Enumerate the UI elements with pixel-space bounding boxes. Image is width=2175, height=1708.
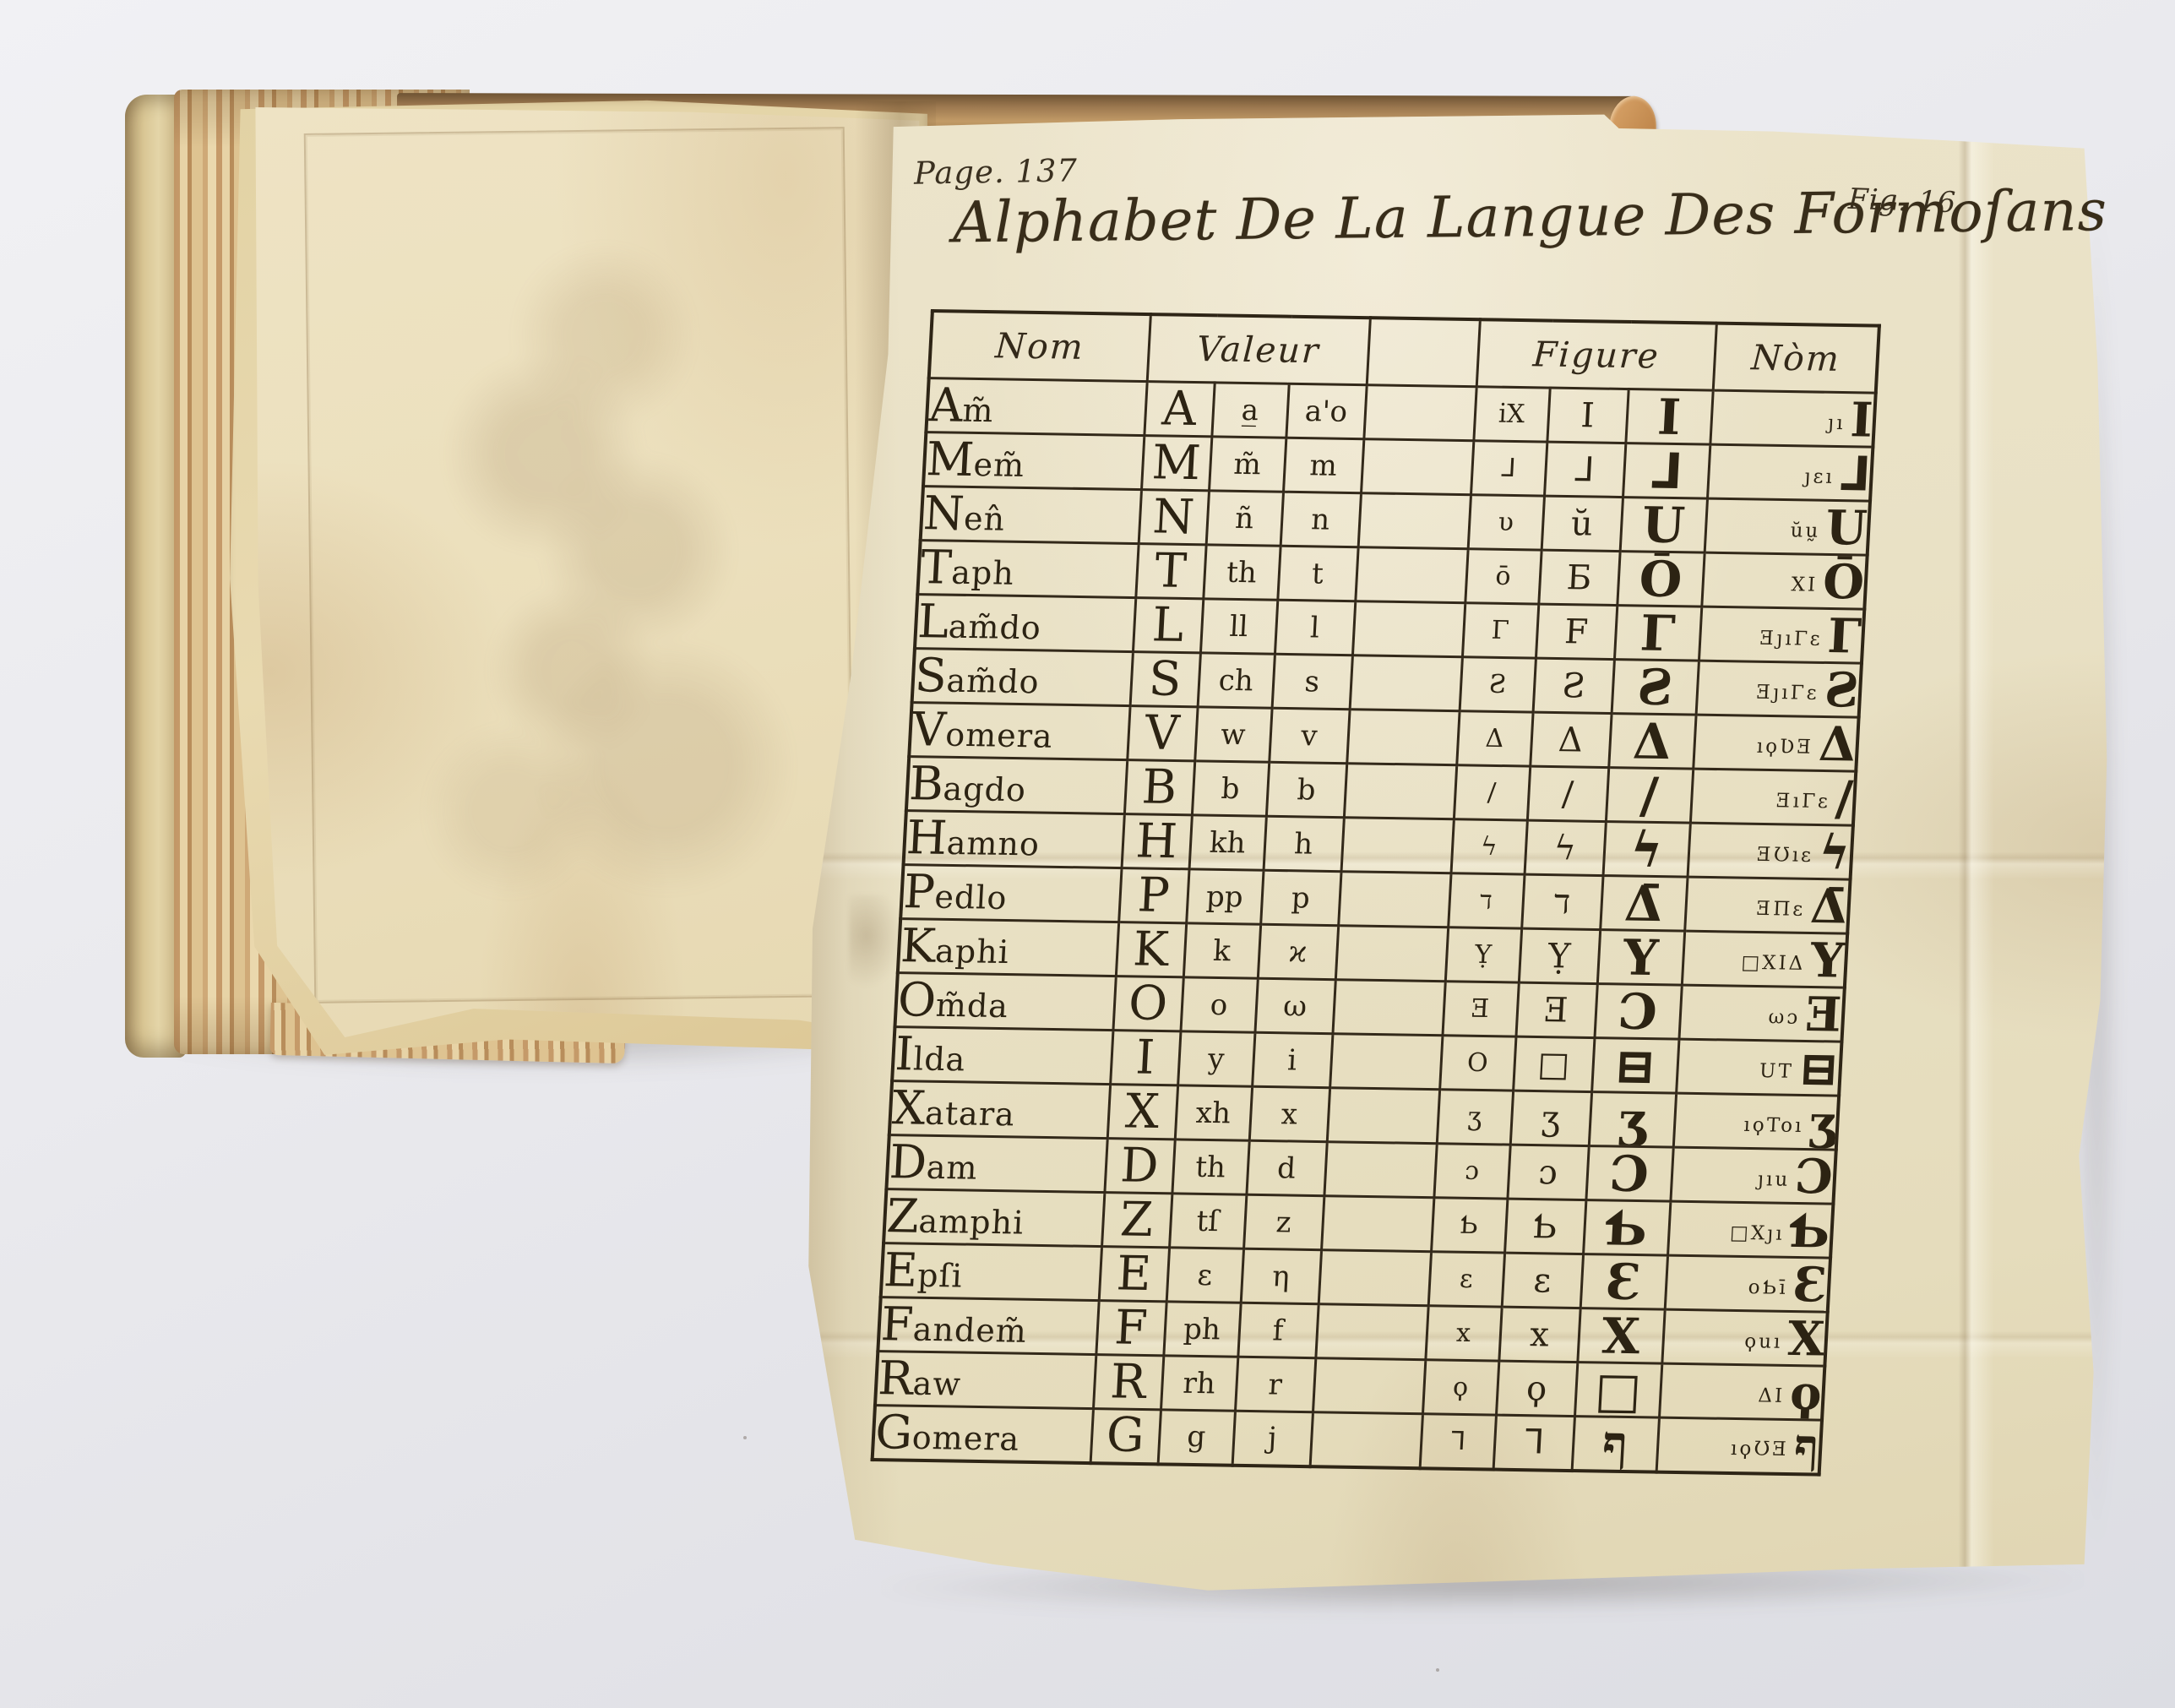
letter-name-rest: en̂ [963,500,1006,538]
figure-small-cell: x [1425,1306,1501,1361]
header-valeur: Valeur [1147,314,1370,385]
value-variant2-cell: a'o [1286,383,1366,438]
alphabet-rows: Am̃Aa̲a'oı̇XIIȷıIMem̃Mm̃m⅃⅃⅃ȷɛı⅃Nen̂Nñnυ… [873,378,1876,1475]
value-variant2-cell: ϰ [1258,924,1338,979]
figure-medium-cell: ϙ [1496,1361,1577,1416]
value-variant1-cell: k [1183,923,1260,978]
native-name-small-glyphs: ȷı [1828,411,1846,433]
letter-name-initial: M [925,432,976,487]
letter-name-rest: am̃do [946,662,1041,701]
figure-large-cell: □ [1574,1363,1661,1418]
figure-small-cell: Δ [1456,711,1532,766]
letter-name-initial: K [900,919,937,973]
value-variant1-cell: ε [1166,1248,1243,1303]
letter-name-initial: V [911,703,947,757]
native-name-small-glyphs: ωɔ [1768,1006,1801,1029]
value-capital-cell: B [1124,760,1194,815]
value-variant2-cell: b [1266,762,1346,817]
native-name-cell: ıϙƱƎף [1656,1417,1822,1474]
letter-name-cell: Pedlo [900,865,1121,922]
letter-name-initial: R [877,1352,915,1406]
value-variant1-cell: a̲ [1211,383,1288,438]
native-name-small-glyphs: ȷıu [1757,1168,1791,1191]
figure-large-cell: Ɔ [1585,1146,1672,1202]
figure-medium-cell: ⅃ [1544,442,1625,497]
letter-name-cell: Bagdo [906,757,1127,814]
figure-medium-cell: Δ [1530,712,1611,767]
letter-name-cell: Xatara [889,1081,1110,1139]
native-name-large-glyph: X [1786,1310,1826,1366]
native-name-large-glyph: Ƅ [1788,1202,1831,1258]
value-variant1-cell: xh [1175,1085,1252,1140]
letter-name-rest: lda [912,1040,966,1078]
ghost-engraving-showthrough [345,201,818,944]
native-name-cell: XIŌ [1701,552,1867,609]
figure-medium-cell: ʒ [1510,1091,1591,1145]
native-name-large-glyph: Δ [1818,715,1857,771]
letter-name-cell: Mem̃ [923,432,1144,490]
letter-name-initial: D [888,1135,927,1189]
figure-medium-cell: ϟ [1525,820,1606,875]
letter-name-initial: F [879,1297,915,1352]
value-variant1-cell: kh [1189,815,1266,870]
figure-large-cell: Ƅ [1583,1200,1670,1256]
letter-name-cell: Taph [917,541,1138,598]
native-name-small-glyphs: XI [1791,574,1819,596]
letter-name-rest: omera [944,716,1054,755]
empty-cell [1361,439,1473,495]
value-capital-cell: O [1112,976,1183,1031]
letter-name-cell: Lam̃do [915,595,1135,652]
native-name-small-glyphs: □Xȷı [1729,1221,1785,1244]
letter-name-rest: aph [950,554,1015,592]
letter-name-cell: Epſi [881,1243,1101,1301]
letter-name-rest: edlo [933,878,1008,917]
figure-medium-cell: x [1498,1307,1580,1362]
value-capital-cell: S [1130,652,1200,707]
figure-small-cell: ∕ [1454,765,1530,820]
figure-large-cell: Δ̄ [1600,876,1687,932]
figure-medium-cell: ŭ [1542,496,1623,551]
native-name-cell: UT⊟ [1676,1039,1841,1096]
empty-cell [1310,1412,1422,1468]
native-name-cell: ȷıI [1710,390,1875,447]
letter-name-rest: em̃ [973,446,1026,484]
empty-cell [1338,872,1450,927]
value-variant2-cell: l [1275,600,1355,655]
value-variant2-cell: t [1277,546,1357,601]
figure-small-cell: ɛ [1428,1252,1504,1307]
native-name-large-glyph: ⅃ [1838,446,1871,502]
native-name-large-glyph: I [1849,392,1874,447]
value-capital-cell: K [1116,922,1186,977]
native-name-large-glyph: ʒ [1808,1095,1837,1150]
figure-small-cell: Γ [1462,603,1538,658]
letter-name-rest: am [926,1149,979,1187]
figure-medium-cell: Ƃ [1538,550,1619,605]
native-name-small-glyphs: ŭṵ [1790,519,1821,542]
figure-medium-cell: ɔ [1507,1145,1588,1199]
native-name-large-glyph: Ɔ [1794,1148,1835,1204]
native-name-large-glyph: Ǝ [1804,986,1843,1042]
letter-name-initial: B [908,757,945,811]
letter-name-initial: Z [885,1189,921,1243]
figure-small-cell: Ƨ [1460,657,1536,712]
figure-small-cell: υ [1468,495,1544,550]
letter-name-rest: pſi [916,1257,964,1295]
value-capital-cell: G [1090,1409,1161,1464]
figure-small-cell: ϟ [1451,819,1527,874]
figure-small-cell: ᒣ [1420,1414,1496,1469]
figure-large-cell: Ƨ [1612,660,1699,715]
native-name-small-glyphs: UT [1759,1060,1794,1083]
value-variant2-cell: h [1264,816,1344,871]
value-variant1-cell: b [1192,761,1269,816]
letter-name-cell: Fandem̃ [878,1297,1098,1355]
native-name-small-glyphs: ƎΠɛ [1756,897,1806,920]
letter-name-cell: Nen̂ [921,487,1141,544]
native-name-cell: ȷɛı⅃ [1707,444,1873,501]
value-variant2-cell: r [1235,1357,1315,1412]
value-capital-cell: A [1144,382,1214,437]
native-name-cell: ƎȷıΓɛƧ [1696,661,1862,717]
empty-cell [1315,1304,1427,1360]
native-name-cell: ıϙƲƎΔ [1693,715,1858,771]
value-capital-cell: T [1135,544,1205,599]
value-capital-cell: E [1099,1247,1169,1302]
native-name-cell: ϙuıX [1661,1309,1827,1366]
header-nom-left: Nom [929,311,1150,382]
value-capital-cell: D [1104,1139,1174,1194]
native-name-large-glyph: ף [1793,1418,1820,1474]
figure-large-cell: ף [1572,1417,1659,1472]
empty-cell [1358,493,1471,549]
value-capital-cell: F [1096,1301,1166,1356]
letter-name-rest: atara [924,1095,1016,1134]
header-nom-right: Nòm [1713,324,1879,394]
native-name-small-glyphs: ıϙƱƎ [1730,1438,1789,1461]
figure-large-cell: I [1625,389,1712,445]
figure-medium-cell: ד [1521,874,1602,929]
value-variant2-cell: m [1283,438,1363,492]
native-name-cell: □XȷıƄ [1667,1201,1833,1258]
figure-large-cell: ϟ [1603,822,1690,878]
value-variant2-cell: s [1272,654,1352,709]
native-name-small-glyphs: □XIΔ [1741,951,1806,974]
empty-cell [1341,818,1454,873]
native-name-cell: ƎıΓɛ∕ [1690,769,1856,825]
empty-cell [1335,926,1448,982]
dust-speck [743,1436,747,1439]
empty-cell [1333,980,1445,1036]
empty-cell [1321,1196,1433,1252]
value-variant1-cell: tſ [1169,1194,1246,1248]
header-figure: Figure [1476,319,1716,390]
native-name-large-glyph: Ɛ [1792,1256,1829,1312]
native-name-cell: ȷıuƆ [1670,1147,1835,1204]
native-name-large-glyph: ∕ [1834,770,1854,825]
native-name-cell: oƄīƐ [1665,1255,1830,1312]
figure-large-cell: Ɛ [1580,1254,1667,1310]
dust-speck [1436,1668,1439,1672]
value-capital-cell: P [1118,868,1188,923]
figure-medium-cell: Ƨ [1533,658,1614,713]
value-variant1-cell: pp [1186,869,1263,924]
value-capital-cell: I [1110,1031,1180,1085]
letter-name-initial: X [891,1081,927,1135]
figure-large-cell: U [1620,498,1707,553]
value-variant1-cell: ph [1163,1302,1240,1357]
empty-cell [1344,764,1456,819]
native-name-small-glyphs: ȷɛı [1804,465,1835,488]
native-name-small-glyphs: ıϙToı [1743,1113,1804,1136]
value-variant1-cell: y [1177,1031,1254,1086]
letter-name-initial: E [883,1243,920,1297]
letter-name-initial: G [874,1406,914,1460]
value-variant2-cell: n [1281,492,1361,547]
native-name-cell: ωɔƎ [1679,985,1845,1042]
formosan-alphabet-table: Nom Valeur Figure Nòm Am̃Aa̲a'oı̇XIIȷıIM… [871,309,1882,1476]
value-variant2-cell: p [1260,870,1340,925]
letter-name-initial: S [914,649,949,703]
figure-medium-cell: □ [1513,1036,1594,1091]
letter-name-rest: m̃da [935,987,1009,1025]
figure-large-cell: ∕ [1606,768,1693,824]
figure-small-cell: ⅃ [1471,441,1547,496]
empty-cell [1319,1250,1431,1306]
figure-medium-cell: Ǝ [1516,982,1597,1037]
figure-large-cell: Ō [1617,552,1704,607]
letter-name-rest: amno [946,824,1041,863]
native-name-small-glyphs: ϙuı [1744,1330,1783,1353]
figure-large-cell: X [1577,1308,1664,1364]
figure-medium-cell: ɛ [1502,1253,1583,1308]
figure-large-cell: Γ [1614,606,1701,661]
letter-name-cell: Zamphi [884,1189,1104,1247]
native-name-large-glyph: ϟ [1818,824,1851,880]
native-name-large-glyph: U [1824,499,1868,555]
value-variant2-cell: z [1243,1194,1324,1249]
value-variant1-cell: o [1180,977,1257,1032]
value-capital-cell: N [1139,490,1209,545]
figure-large-cell: ʒ [1589,1092,1676,1148]
value-variant2-cell: i [1252,1032,1332,1087]
letter-name-cell: Raw [875,1352,1096,1409]
value-capital-cell: H [1122,814,1192,869]
figure-small-cell: Ǝ [1443,982,1519,1036]
value-capital-cell: L [1133,598,1203,653]
empty-cell [1327,1088,1439,1144]
value-variant2-cell: x [1249,1086,1329,1141]
native-name-cell: ıϙToıʒ [1673,1093,1839,1150]
value-variant1-cell: m̃ [1209,437,1286,492]
letter-name-initial: P [902,865,936,919]
letter-name-initial: O [897,973,938,1027]
value-variant1-cell: g [1158,1410,1235,1465]
value-variant1-cell: w [1194,707,1271,762]
native-name-cell: ΔIϙ [1659,1363,1824,1420]
value-capital-cell: V [1127,706,1197,761]
native-name-cell: ƎƱıɛϟ [1688,823,1853,879]
value-variant2-cell: η [1241,1248,1321,1303]
figure-large-cell: Y [1597,930,1684,986]
value-capital-cell: Z [1101,1193,1172,1248]
native-name-large-glyph: Ƨ [1823,661,1860,717]
native-name-large-glyph: Γ [1826,607,1862,663]
figure-medium-cell: ∕ [1527,766,1608,821]
value-capital-cell: R [1093,1355,1163,1410]
figure-small-cell: Ỵ [1445,927,1521,982]
native-name-small-glyphs: ƎȷıΓɛ [1759,627,1824,650]
figure-small-cell: ϙ [1422,1360,1498,1415]
native-name-cell: ƎΠɛΔ̄ [1684,877,1850,933]
value-variant2-cell: f [1237,1303,1318,1357]
letter-name-initial: A [927,378,964,432]
empty-cell [1363,385,1476,441]
value-variant2-cell: j [1232,1411,1313,1466]
value-variant1-cell: th [1203,545,1280,600]
letter-name-rest: agdo [943,770,1027,809]
letter-name-cell: Sam̃do [912,649,1133,706]
value-variant1-cell: ll [1200,599,1277,654]
value-variant2-cell: v [1269,708,1349,763]
letter-name-cell: Om̃da [894,973,1115,1031]
alphabet-table-wrap: Nom Valeur Figure Nòm Am̃Aa̲a'oı̇XIIȷıIM… [871,309,1882,1476]
letter-name-cell: Hamno [904,811,1124,868]
native-name-small-glyphs: oƄī [1748,1276,1788,1299]
native-name-large-glyph: Δ̄ [1809,878,1849,933]
figure-small-cell: Ƅ [1431,1198,1507,1253]
page-reference: Page. 137 [914,152,1079,191]
figure-medium-cell: Ỵ [1519,928,1600,983]
value-variant1-cell: ñ [1206,491,1283,546]
figure-medium-cell: I [1547,388,1628,443]
native-name-small-glyphs: ƎƱıɛ [1756,843,1814,866]
photo-antique-book-foldout: { "photo": { "background_color": "#e9e9e… [0,0,2175,1708]
empty-cell [1352,601,1465,657]
figure-medium-cell: Ƅ [1504,1199,1585,1254]
empty-cell [1329,1034,1442,1090]
letter-name-cell: Kaphi [898,919,1118,976]
native-name-small-glyphs: ΔI [1758,1384,1786,1406]
native-name-small-glyphs: ƎȷıΓɛ [1756,681,1820,704]
value-variant2-cell: ω [1254,978,1335,1033]
native-name-cell: □XIΔY [1682,931,1847,987]
figure-large-cell: Δ [1608,714,1695,770]
letter-name-cell: Dam [886,1135,1107,1193]
letter-name-cell: Am̃ [926,378,1146,436]
figure-large-cell: ⅃ [1623,443,1710,499]
figure-medium-cell: ᒣ [1493,1415,1574,1470]
figure-small-cell: ı̇X [1473,387,1549,442]
letter-name-cell: Vomera [909,703,1129,760]
figure-large-cell: ⊟ [1591,1038,1678,1094]
letter-name-rest: m̃ [961,392,994,430]
figure-medium-cell: F [1536,604,1617,659]
empty-cell [1324,1142,1436,1198]
figure-small-cell: ד [1448,873,1524,928]
value-capital-cell: M [1141,436,1211,491]
letter-name-initial: L [916,595,950,649]
native-name-cell: ƎȷıΓɛΓ [1699,607,1864,663]
empty-cell [1350,655,1462,711]
empty-cell [1346,710,1459,765]
figure-small-cell: ō [1465,549,1541,604]
letter-name-rest: am̃do [948,608,1042,647]
figure-small-cell: ɔ [1433,1144,1509,1199]
letter-name-rest: andem̃ [912,1311,1028,1350]
letter-name-rest: omera [911,1419,1021,1458]
letter-name-initial: N [922,487,965,541]
native-name-large-glyph: Y [1809,932,1846,987]
value-variant1-cell: ch [1198,653,1275,708]
empty-cell [1313,1358,1425,1414]
empty-cell [1355,547,1467,603]
figure-small-cell: ʒ [1437,1090,1513,1145]
header-spacer-cell [1367,318,1480,387]
value-variant2-cell: d [1246,1140,1326,1195]
letter-name-cell: Gomera [873,1406,1093,1463]
native-name-small-glyphs: ıϙƲƎ [1756,735,1814,758]
native-name-small-glyphs: ƎıΓɛ [1775,790,1830,813]
plate-title: Alphabet De La Langue Des Formoſans [953,179,1984,256]
figure-small-cell: O [1439,1036,1515,1091]
native-name-large-glyph: Ō [1822,553,1866,609]
native-name-large-glyph: ⊟ [1797,1040,1840,1096]
native-name-cell: ŭṵU [1705,498,1870,555]
letter-name-initial: H [905,811,949,865]
value-capital-cell: X [1107,1085,1177,1140]
letter-name-initial: T [919,541,953,595]
native-name-large-glyph: ϙ [1789,1365,1824,1421]
value-variant1-cell: th [1172,1140,1248,1194]
letter-name-rest: aw [912,1365,962,1403]
value-variant1-cell: rh [1161,1356,1237,1411]
letter-name-rest: amphi [918,1203,1025,1242]
letter-name-cell: Ilda [892,1027,1112,1085]
figure-large-cell: Ɔ [1595,984,1682,1040]
letter-name-rest: aphi [934,933,1010,971]
